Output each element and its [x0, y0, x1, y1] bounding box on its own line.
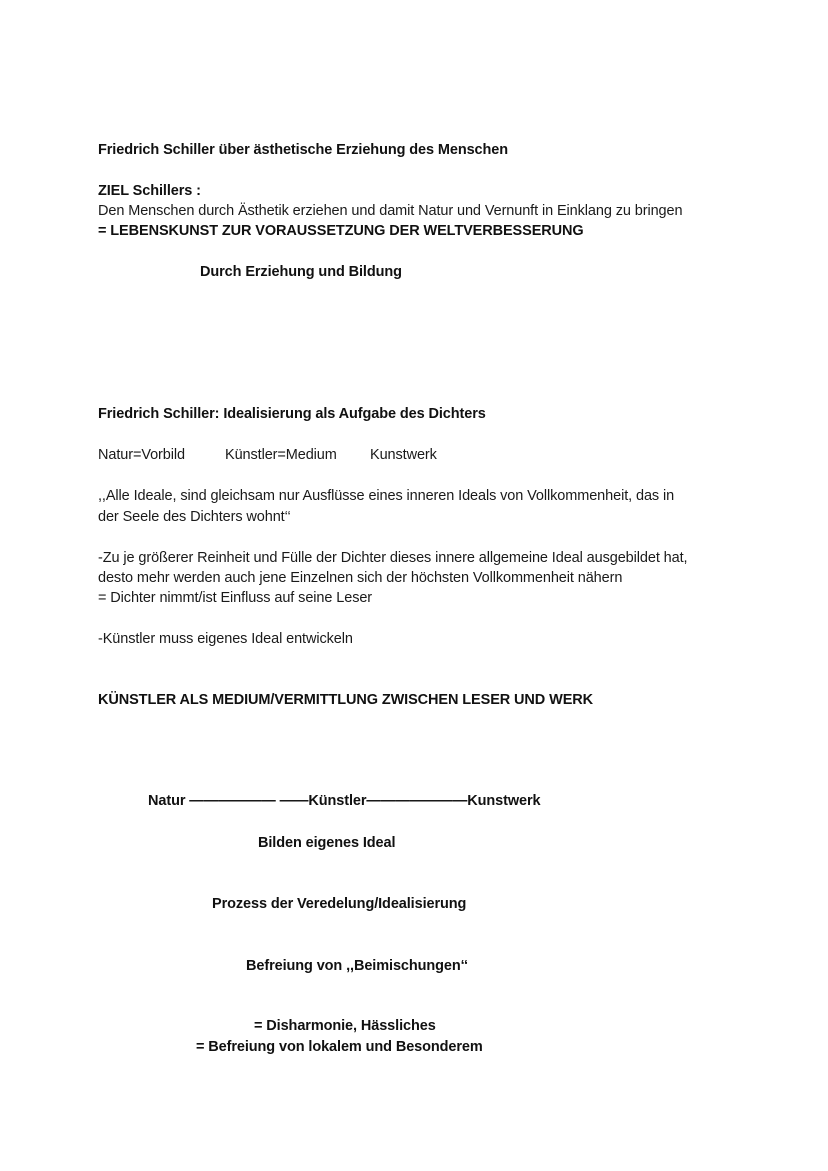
diagram-line: Natur —————— ——Künstler———————Kunstwerk [148, 791, 540, 811]
triad-kuenstler: Künstler=Medium [225, 445, 337, 465]
point1-line-2: desto mehr werden auch jene Einzelnen si… [98, 568, 622, 588]
step-befreiung-beimischungen: Befreiung von ,,Beimischungen‘‘ [246, 956, 468, 976]
quote-line-2: der Seele des Dichters wohnt‘‘ [98, 507, 291, 527]
step-befreiung-lokalem: = Befreiung von lokalem und Besonderem [196, 1037, 483, 1057]
point2: -Künstler muss eigenes Ideal entwickeln [98, 629, 353, 649]
step-disharmonie: = Disharmonie, Hässliches [254, 1016, 436, 1036]
section2-title: Friedrich Schiller: Idealisierung als Au… [98, 404, 486, 424]
triad-kunstwerk: Kunstwerk [370, 445, 437, 465]
goal-label: ZIEL Schillers : [98, 181, 201, 201]
triad-natur: Natur=Vorbild [98, 445, 185, 465]
point1-line-1: -Zu je größerer Reinheit und Fülle der D… [98, 548, 687, 568]
section1-title: Friedrich Schiller über ästhetische Erzi… [98, 140, 508, 160]
goal-text: Den Menschen durch Ästhetik erziehen und… [98, 201, 682, 221]
step-veredelung: Prozess der Veredelung/Idealisierung [212, 894, 466, 914]
point1-line-3: = Dichter nimmt/ist Einfluss auf seine L… [98, 588, 372, 608]
step-bilden-ideal: Bilden eigenes Ideal [258, 833, 395, 853]
section3-title: KÜNSTLER ALS MEDIUM/VERMITTLUNG ZWISCHEN… [98, 690, 593, 710]
method-text: Durch Erziehung und Bildung [200, 262, 402, 282]
goal-result: = LEBENSKUNST ZUR VORAUSSETZUNG DER WELT… [98, 221, 584, 241]
quote-line-1: ,,Alle Ideale, sind gleichsam nur Ausflü… [98, 486, 674, 506]
